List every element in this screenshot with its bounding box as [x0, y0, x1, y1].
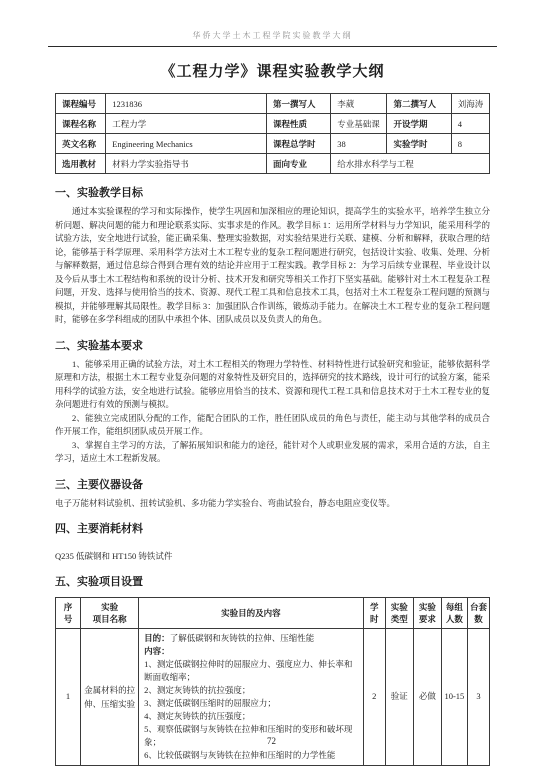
- section-2-item: 1、能够采用正确的试验方法，对土木工程相关的物理力学特性、材料特性进行试验研究和…: [55, 358, 490, 412]
- col-header-group-size: 每组 人数: [441, 597, 467, 628]
- col-header-type: 实验 类型: [385, 597, 413, 628]
- page-number: 72: [0, 736, 543, 746]
- section-5-title: 五、实验项目设置: [55, 573, 490, 589]
- major-label: 面向专业: [266, 154, 330, 174]
- table-header-row: 序 号 实验 项目名称 实验目的及内容 学 时 实验 类型 实验 要求 每组 人…: [56, 597, 490, 628]
- total-hours-label: 课程总学时: [266, 134, 330, 154]
- table-row: 英文名称 Engineering Mechanics 课程总学时 38 实验学时…: [56, 134, 490, 154]
- table-row: 课程名称 工程力学 课程性质 专业基础课 开设学期 4: [56, 114, 490, 134]
- course-type-value: 专业基础课: [331, 114, 387, 134]
- course-code-label: 课程编号: [56, 94, 106, 114]
- course-name-label: 课程名称: [56, 114, 106, 134]
- running-header: 华侨大学土木工程学院实验教学大纲: [55, 30, 490, 41]
- col-header-project-name: 实验 项目名称: [81, 597, 139, 628]
- course-info-table: 课程编号 1231836 第一撰写人 李葳 第二撰写人 刘海涛 课程名称 工程力…: [55, 93, 490, 174]
- major-value: 给水排水科学与工程: [331, 154, 490, 174]
- content-item: 1、测定低碳钢拉伸时的屈服应力、强度应力、伸长率和断面收缩率；: [144, 658, 358, 684]
- purpose-text: 了解低碳钢和灰铸铁的拉伸、压缩性能: [170, 633, 315, 643]
- table-row: 课程编号 1231836 第一撰写人 李葳 第二撰写人 刘海涛: [56, 94, 490, 114]
- second-author-label: 第二撰写人: [387, 94, 451, 114]
- content-item: 3、测定低碳钢压缩时的屈服应力；: [144, 697, 358, 710]
- experiment-purpose: 目的：了解低碳钢和灰铸铁的拉伸、压缩性能: [144, 632, 358, 645]
- lab-hours-value: 8: [451, 134, 489, 154]
- purpose-label: 目的：: [144, 633, 170, 643]
- section-2-item: 2、能独立完成团队分配的工作，能配合团队的工作，胜任团队成员的角色与责任，能主动…: [55, 412, 490, 439]
- course-code-value: 1231836: [106, 94, 267, 114]
- semester-label: 开设学期: [387, 114, 451, 134]
- content-item: 2、测定灰铸铁的抗拉强度；: [144, 684, 358, 697]
- section-1-title: 一、实验教学目标: [55, 184, 490, 200]
- col-header-no: 序 号: [56, 597, 81, 628]
- section-2-title: 二、实验基本要求: [55, 337, 490, 353]
- textbook-label: 选用教材: [56, 154, 106, 174]
- semester-value: 4: [451, 114, 489, 134]
- col-header-sets: 台套 数: [467, 597, 489, 628]
- course-type-label: 课程性质: [266, 114, 330, 134]
- section-2-item: 3、掌握自主学习的方法，了解拓展知识和能力的途径，能针对个人或职业发展的需求，采…: [55, 439, 490, 466]
- lab-hours-label: 实验学时: [387, 134, 451, 154]
- table-row: 选用教材 材料力学实验指导书 面向专业 给水排水科学与工程: [56, 154, 490, 174]
- content-item: 4、测定灰铸铁的抗压强度；: [144, 710, 358, 723]
- section-3-title: 三、主要仪器设备: [55, 476, 490, 492]
- section-1-body: 通过本实验课程的学习和实际操作，使学生巩固和加深相应的理论知识，提高学生的实验水…: [55, 205, 490, 327]
- content-label: 内容：: [144, 645, 358, 658]
- english-name-label: 英文名称: [56, 134, 106, 154]
- document-page: 华侨大学土木工程学院实验教学大纲 《工程力学》课程实验教学大纲 课程编号 123…: [0, 0, 543, 768]
- second-author-value: 刘海涛: [451, 94, 489, 114]
- col-header-purpose-content: 实验目的及内容: [139, 597, 364, 628]
- section-3-body: 电子万能材料试验机、扭转试验机、多功能力学实验台、弯曲试验台，静态电阻应变仪等。: [55, 497, 490, 510]
- section-4-body: Q235 低碳钢和 HT150 铸铁试件: [55, 550, 490, 563]
- textbook-value: 材料力学实验指导书: [106, 154, 267, 174]
- content-item: 6、比较低碳钢与灰铸铁在拉伸和压缩时的力学性能: [144, 749, 358, 762]
- total-hours-value: 38: [331, 134, 387, 154]
- first-author-value: 李葳: [331, 94, 387, 114]
- col-header-requirement: 实验 要求: [413, 597, 441, 628]
- first-author-label: 第一撰写人: [266, 94, 330, 114]
- col-header-hours: 学 时: [363, 597, 385, 628]
- header-divider: [48, 46, 497, 47]
- course-name-value: 工程力学: [106, 114, 267, 134]
- page-title: 《工程力学》课程实验教学大纲: [55, 60, 490, 81]
- english-name-value: Engineering Mechanics: [106, 134, 267, 154]
- section-4-title: 四、主要消耗材料: [55, 520, 490, 536]
